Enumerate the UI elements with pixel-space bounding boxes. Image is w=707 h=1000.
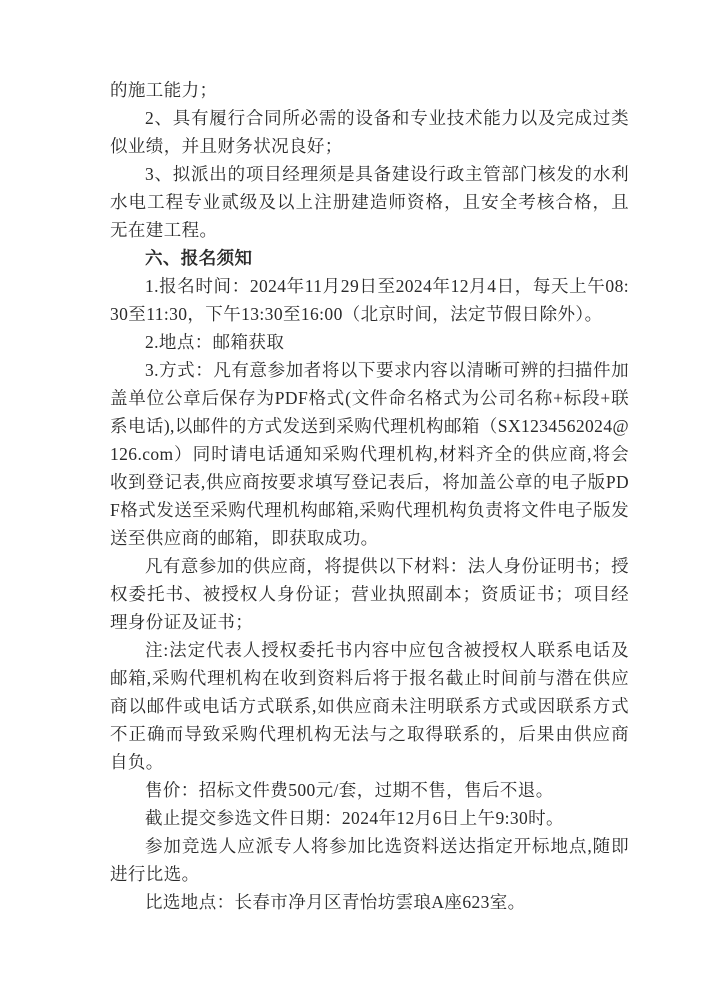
paragraph-comparison-location: 比选地点：长春市净月区青怡坊雲琅A座623室。 — [110, 888, 629, 916]
paragraph-required-materials: 凡有意参加的供应商，将提供以下材料：法人身份证明书；授权委托书、被授权人身份证；… — [110, 552, 629, 636]
paragraph-submission-deadline: 截止提交参选文件日期：2024年12月6日上午9:30时。 — [110, 804, 629, 832]
paragraph-price: 售价：招标文件费500元/套，过期不售，售后不退。 — [110, 776, 629, 804]
paragraph-registration-location: 2.地点：邮箱获取 — [110, 328, 629, 356]
section-heading-registration-notes: 六、报名须知 — [110, 244, 629, 272]
paragraph-delivery-instruction: 参加竞选人应派专人将参加比选资料送达指定开标地点,随即进行比选。 — [110, 832, 629, 888]
paragraph-requirement-2: 2、具有履行合同所必需的设备和专业技术能力以及完成过类似业绩，并且财务状况良好； — [110, 104, 629, 160]
paragraph-registration-time: 1.报名时间：2024年11月29日至2024年12月4日，每天上午08:30至… — [110, 272, 629, 328]
paragraph-requirement-3: 3、拟派出的项目经理须是具备建设行政主管部门核发的水利水电工程专业贰级及以上注册… — [110, 160, 629, 244]
paragraph-note-authorization: 注:法定代表人授权委托书内容中应包含被授权人联系电话及邮箱,采购代理机构在收到资… — [110, 636, 629, 776]
paragraph-registration-method: 3.方式：凡有意参加者将以下要求内容以清晰可辨的扫描件加盖单位公章后保存为PDF… — [110, 356, 629, 552]
paragraph-continuation: 的施工能力； — [110, 76, 629, 104]
document-page: 的施工能力； 2、具有履行合同所必需的设备和专业技术能力以及完成过类似业绩，并且… — [0, 0, 707, 1000]
